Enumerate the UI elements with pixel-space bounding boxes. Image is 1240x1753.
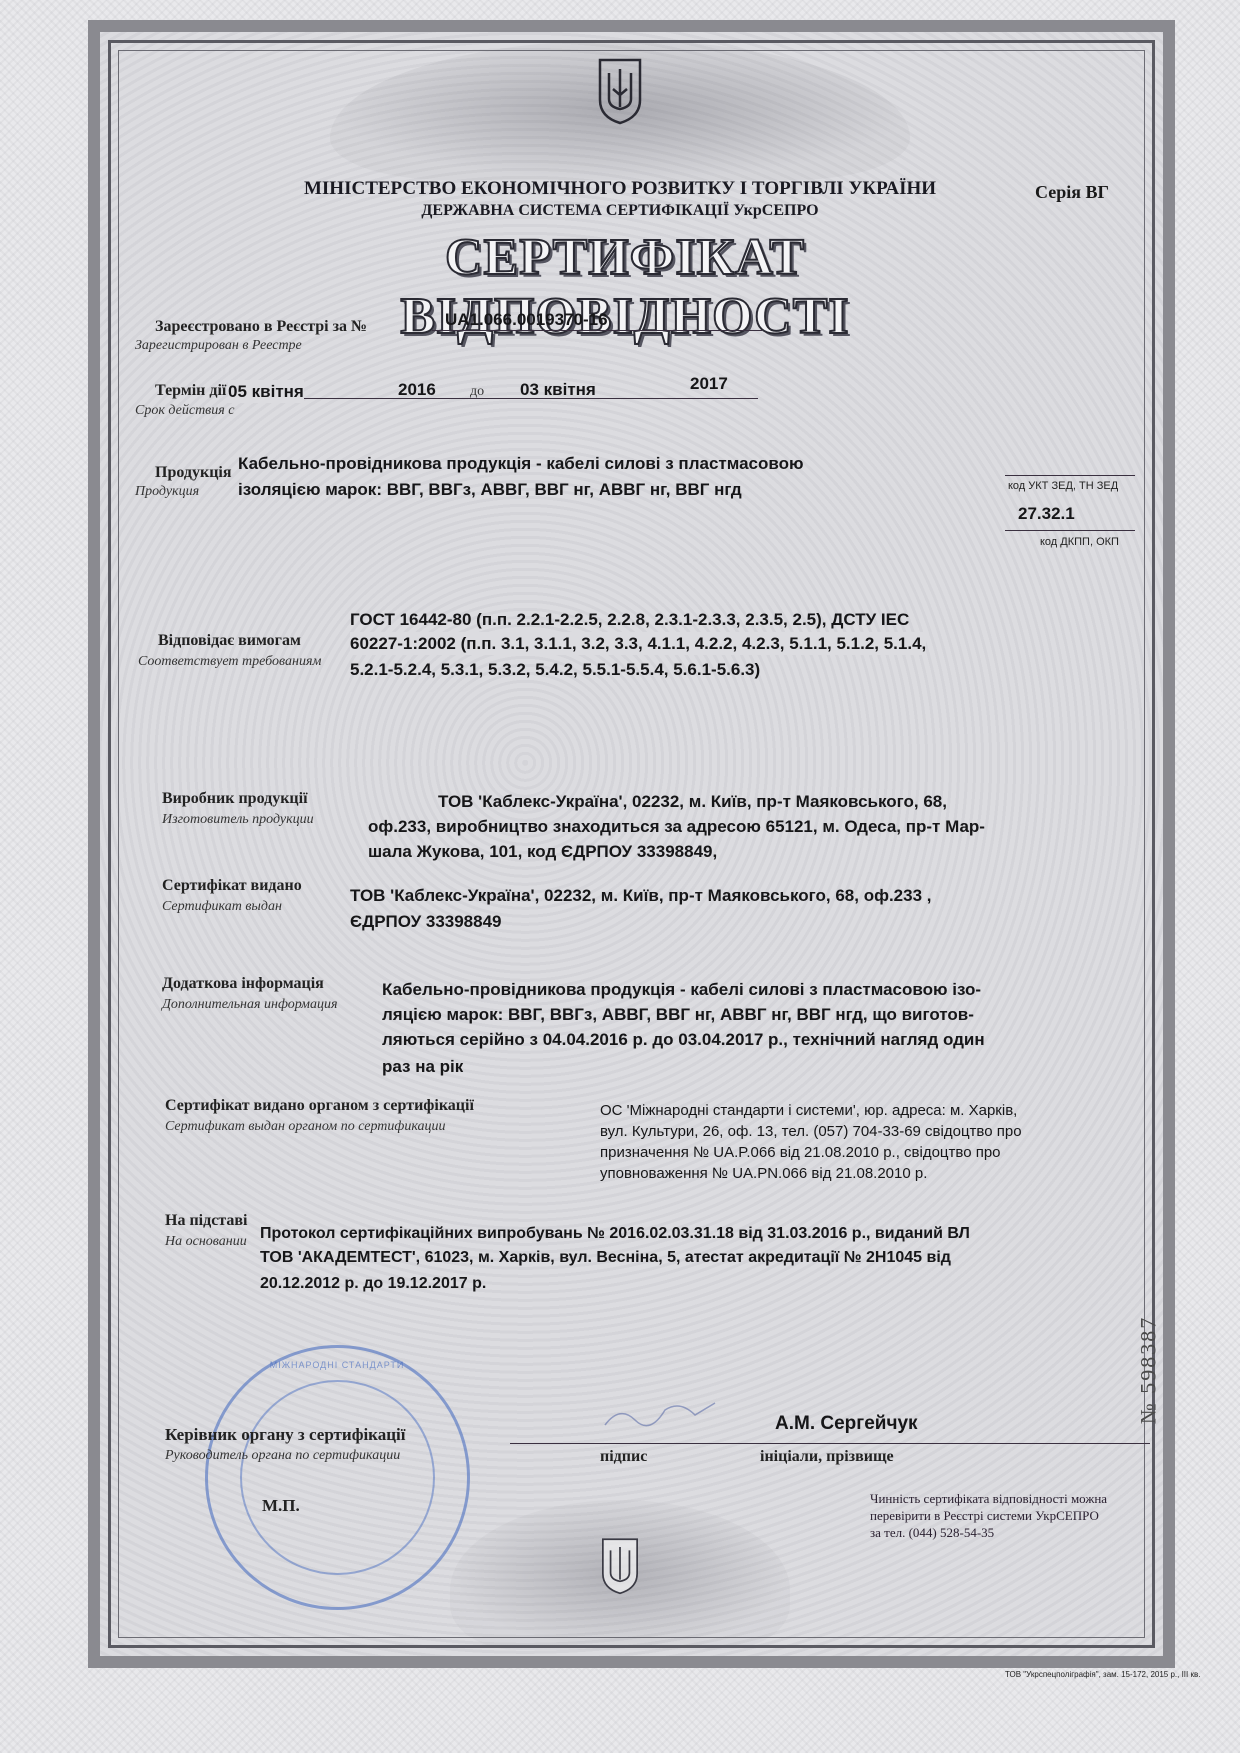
product-label-ru: Продукция [135, 484, 199, 500]
additional-info-line-3: ляються серійно з 04.04.2016 р. до 03.04… [382, 1028, 985, 1051]
basis-label-ru: На основании [165, 1234, 247, 1250]
signatory-name: А.М. Сергейчук [775, 1412, 918, 1435]
signatory-label-ru: Руководитель органа по сертификации [165, 1448, 400, 1464]
requirements-line-3: 5.2.1-5.2.4, 5.3.1, 5.3.2, 5.4.2, 5.5.1-… [350, 658, 760, 681]
manufacturer-label: Виробник продукції [162, 790, 308, 808]
product-line-1: Кабельно-провідникова продукція - кабелі… [238, 452, 804, 475]
code-bottom-line [1005, 530, 1135, 531]
certification-body-label: Сертифікат видано органом з сертифікації [165, 1097, 474, 1115]
certification-body-line-4: уповноваження № UA.PN.066 від 21.08.2010… [600, 1163, 927, 1184]
basis-line-1: Протокол сертифікаційних випробувань № 2… [260, 1222, 970, 1245]
serial-number: № 598387 [1128, 1285, 1168, 1455]
issued-to-line-1: ТОВ 'Каблекс-Україна', 02232, м. Київ, п… [350, 884, 932, 907]
code-label-top: код УКТ ЗЕД, ТН ЗЕД [1008, 480, 1118, 492]
handwritten-signature [600, 1395, 720, 1435]
certification-body-line-1: ОС 'Міжнародні стандарти і системи', юр.… [600, 1100, 1017, 1121]
validity-label-ru: Срок действия с [135, 403, 234, 419]
validity-underline [228, 398, 758, 399]
additional-info-line-2: ляцією марок: ВВГ, ВВГз, АВВГ, ВВГ нг, А… [382, 1003, 974, 1026]
registry-label-ru: Зарегистрирован в Реестре [135, 338, 302, 354]
requirements-label: Відповідає вимогам [158, 632, 301, 650]
additional-info-line-4: раз на рік [382, 1055, 463, 1078]
round-seal-inner-ring [240, 1380, 435, 1575]
code-label-bottom: код ДКПП, ОКП [1040, 536, 1119, 548]
requirements-label-ru: Соответствует требованиям [138, 654, 321, 670]
valid-from-date: 05 квітня [228, 380, 304, 403]
additional-info-line-1: Кабельно-провідникова продукція - кабелі… [382, 978, 981, 1001]
verification-note: Чинність сертифіката відповідності можна… [870, 1490, 1150, 1541]
verification-line-2: перевірити в Реєстрі системи УкрСЕПРО [870, 1507, 1150, 1524]
certification-body-line-2: вул. Культури, 26, оф. 13, тел. (057) 70… [600, 1121, 1022, 1142]
signatory-label: Керівник органу з сертифікації [165, 1425, 405, 1445]
printer-imprint: ТОВ "Укрспецполіграфія", зам. 15-172, 20… [1005, 1670, 1200, 1679]
issued-to-label-ru: Сертификат выдан [162, 899, 282, 915]
additional-info-label-ru: Дополнительная информация [162, 997, 337, 1013]
validity-to-label: до [470, 384, 484, 400]
product-line-2: ізоляцією марок: ВВГ, ВВГз, АВВГ, ВВГ нг… [238, 478, 742, 501]
name-caption: ініціали, прізвище [760, 1448, 894, 1466]
valid-to-date: 03 квітня [520, 378, 596, 401]
manufacturer-line-1: ТОВ 'Каблекс-Україна', 02232, м. Київ, п… [438, 790, 947, 813]
valid-from-year: 2016 [398, 378, 436, 401]
seal-place-label: М.П. [262, 1496, 300, 1516]
issued-to-label: Сертифікат видано [162, 877, 302, 895]
requirements-line-2: 60227-1:2002 (п.п. 3.1, 3.1.1, 3.2, 3.3,… [350, 632, 926, 655]
certification-system-name: ДЕРЖАВНА СИСТЕМА СЕРТИФІКАЦІЇ УкрСЕПРО [200, 202, 1040, 220]
issued-to-line-2: ЄДРПОУ 33398849 [350, 910, 502, 933]
round-seal-text: МІЖНАРОДНІ СТАНДАРТИ [262, 1360, 412, 1370]
certification-body-line-3: призначення № UA.P.066 від 21.08.2010 р.… [600, 1142, 1001, 1163]
trident-coat-of-arms-icon [580, 30, 660, 150]
additional-info-label: Додаткова інформація [162, 975, 324, 993]
signature-caption: підпис [600, 1448, 647, 1466]
ministry-name: МІНІСТЕРСТВО ЕКОНОМІЧНОГО РОЗВИТКУ І ТОР… [200, 178, 1040, 200]
basis-label: На підставі [165, 1212, 247, 1230]
product-code: 27.32.1 [1018, 502, 1075, 525]
basis-line-3: 20.12.2012 р. до 19.12.2017 р. [260, 1272, 486, 1295]
verification-line-3: за тел. (044) 528-54-35 [870, 1524, 1150, 1541]
basis-line-2: ТОВ 'АКАДЕМТЕСТ', 61023, м. Харків, вул.… [260, 1246, 951, 1269]
product-label: Продукція [155, 464, 232, 482]
code-top-line [1005, 475, 1135, 476]
trident-emblem-icon [580, 1510, 660, 1620]
signature-underline [510, 1443, 1150, 1444]
registry-label: Зареєстровано в Реєстрі за № [155, 318, 367, 336]
certification-body-label-ru: Сертификат выдан органом по сертификации [165, 1119, 446, 1135]
verification-line-1: Чинність сертифіката відповідності можна [870, 1490, 1150, 1507]
manufacturer-line-2: оф.233, виробництво знаходиться за адрес… [368, 815, 985, 838]
valid-to-year: 2017 [690, 372, 728, 395]
series-label: Серія ВГ [1035, 182, 1109, 203]
manufacturer-label-ru: Изготовитель продукции [162, 812, 314, 828]
registry-number: UA1.066.0019370-16 [445, 308, 608, 331]
requirements-line-1: ГОСТ 16442-80 (п.п. 2.2.1-2.2.5, 2.2.8, … [350, 608, 909, 631]
validity-label: Термін дії з [155, 382, 237, 400]
manufacturer-line-3: шала Жукова, 101, код ЄДРПОУ 33398849, [368, 840, 717, 863]
